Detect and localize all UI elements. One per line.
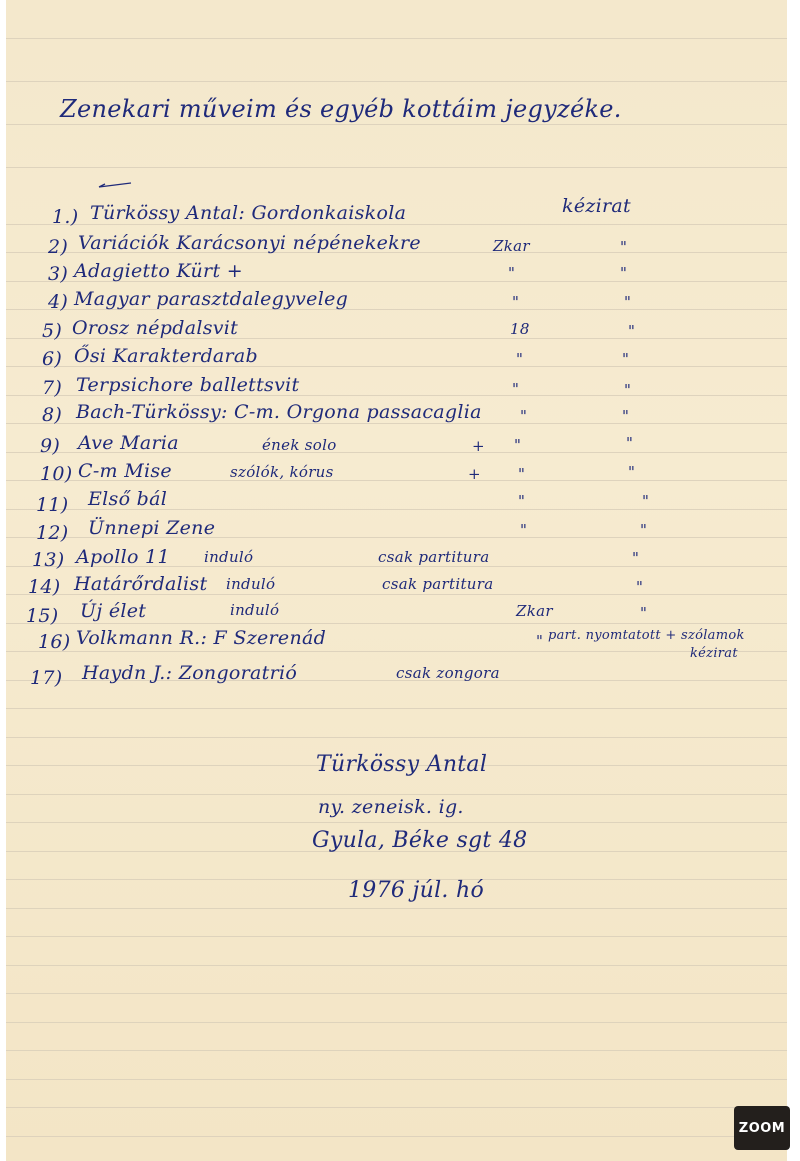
item-col-a: " [512,293,519,311]
item-number: 13) [32,549,65,571]
item-number: 2) [48,236,68,258]
item-number: 9) [40,435,60,457]
signature-title: ny. zeneisk. ig. [318,796,464,818]
item-note: csak zongora [396,664,500,682]
item-note-2: csak partitura [378,548,489,566]
item-title: Variációk Karácsonyi népénekekre [78,232,421,254]
item-col-a: " [520,521,527,539]
item-col-a: " [520,407,527,425]
ruled-line [6,423,787,424]
item-col-a: " [516,350,523,368]
item-number: 4) [48,291,68,313]
ruled-line [6,623,787,624]
item-note: induló [204,548,253,566]
item-extra-note: part. nyomtatott + szólamok [548,628,745,643]
correction-mark-icon [97,181,133,189]
item-title: Magyar parasztdalegyveleg [74,288,348,310]
signature-address: Gyula, Béke sgt 48 [312,828,527,853]
item-title: C-m Mise [78,460,172,482]
item-col-a: Zkar [516,602,553,620]
item-number: 1.) [52,206,78,228]
item-col-b: " [624,293,631,311]
item-title: Határőrdalist [74,573,207,595]
item-col-a: " [536,632,543,650]
item-col-b: " [640,521,647,539]
signature-date: 1976 júl. hó [348,878,484,903]
item-col-b: " [622,350,629,368]
ruled-line [6,1022,787,1023]
item-col-a: " [518,492,525,510]
item-title: Apollo 11 [76,546,170,568]
item-col-b: " [620,238,627,256]
item-number: 15) [26,605,59,627]
ruled-line [6,737,787,738]
item-note: induló [230,601,279,619]
item-title: Ave Maria [78,432,179,454]
ruled-line [6,1050,787,1051]
item-number: 10) [40,463,73,485]
item-number: 3) [48,263,68,285]
item-col-b: " [642,492,649,510]
item-mark: + [468,465,481,483]
item-col-a: " [508,264,515,282]
item-col-b: " [626,434,633,452]
item-title: Volkmann R.: F Szerenád [76,627,326,649]
item-number: 12) [36,522,69,544]
ruled-line [6,908,787,909]
item-number: 14) [28,576,61,598]
item-number: 6) [42,348,62,370]
item-col-a: " [518,465,525,483]
item-number: 11) [36,494,69,516]
item-title: Orosz népdalsvit [72,317,238,339]
ruled-line [6,822,787,823]
ruled-line [6,1107,787,1108]
item-col-b: " [620,264,627,282]
item-col-b: " [640,604,647,622]
item-extra-note-2: kézirat [690,646,738,661]
ruled-line [6,81,787,82]
ruled-line [6,167,787,168]
item-number: 8) [42,404,62,426]
item-number: 17) [30,667,63,689]
signature-name: Türkössy Antal [316,752,487,777]
item-title: Türkössy Antal: Gordonkaiskola [90,202,406,224]
item-col-b: " [624,381,631,399]
item-number: 7) [42,377,62,399]
item-col-a: " [514,436,521,454]
item-title: Adagietto Kürt + [74,260,243,282]
item-note: induló [226,575,275,593]
item-title: Ősi Karakterdarab [74,345,258,367]
ruled-line [6,224,787,225]
item-title: Első bál [88,488,167,510]
ruled-line [6,38,787,39]
item-title: Terpsichore ballettsvit [76,374,299,396]
item-col-b: " [622,407,629,425]
item-mark: + [472,437,485,455]
item-col-a: " [512,380,519,398]
ruled-line [6,651,787,652]
item-number: 16) [38,631,71,653]
zoom-logo-label: ZOOM [739,1121,785,1136]
zoom-watermark-logo: ZOOM [734,1106,790,1150]
item-note: ének solo [262,436,337,454]
item-note: szólók, kórus [230,463,334,481]
ruled-line [6,794,787,795]
column-header-manuscript: kézirat [562,195,631,217]
item-title: Bach-Türkössy: C-m. Orgona passacaglia [76,401,482,423]
item-title: Új élet [80,600,146,622]
item-col-b: " [628,322,635,340]
item-title: Haydn J.: Zongoratrió [82,662,297,684]
ruled-line [6,1079,787,1080]
item-col-a: Zkar [493,237,530,255]
item-number: 5) [42,320,62,342]
document-title: Zenekari műveim és egyéb kottáim jegyzék… [60,95,622,123]
item-col-b: " [628,463,635,481]
ruled-line [6,1136,787,1137]
item-col-b: " [632,549,639,567]
item-col-b: " [636,578,643,596]
item-title: Ünnepi Zene [88,517,215,539]
ruled-line [6,936,787,937]
ruled-line [6,124,787,125]
item-note-2: csak partitura [382,575,493,593]
ruled-line [6,993,787,994]
item-col-a: 18 [510,320,530,338]
ruled-line [6,708,787,709]
ruled-line [6,965,787,966]
